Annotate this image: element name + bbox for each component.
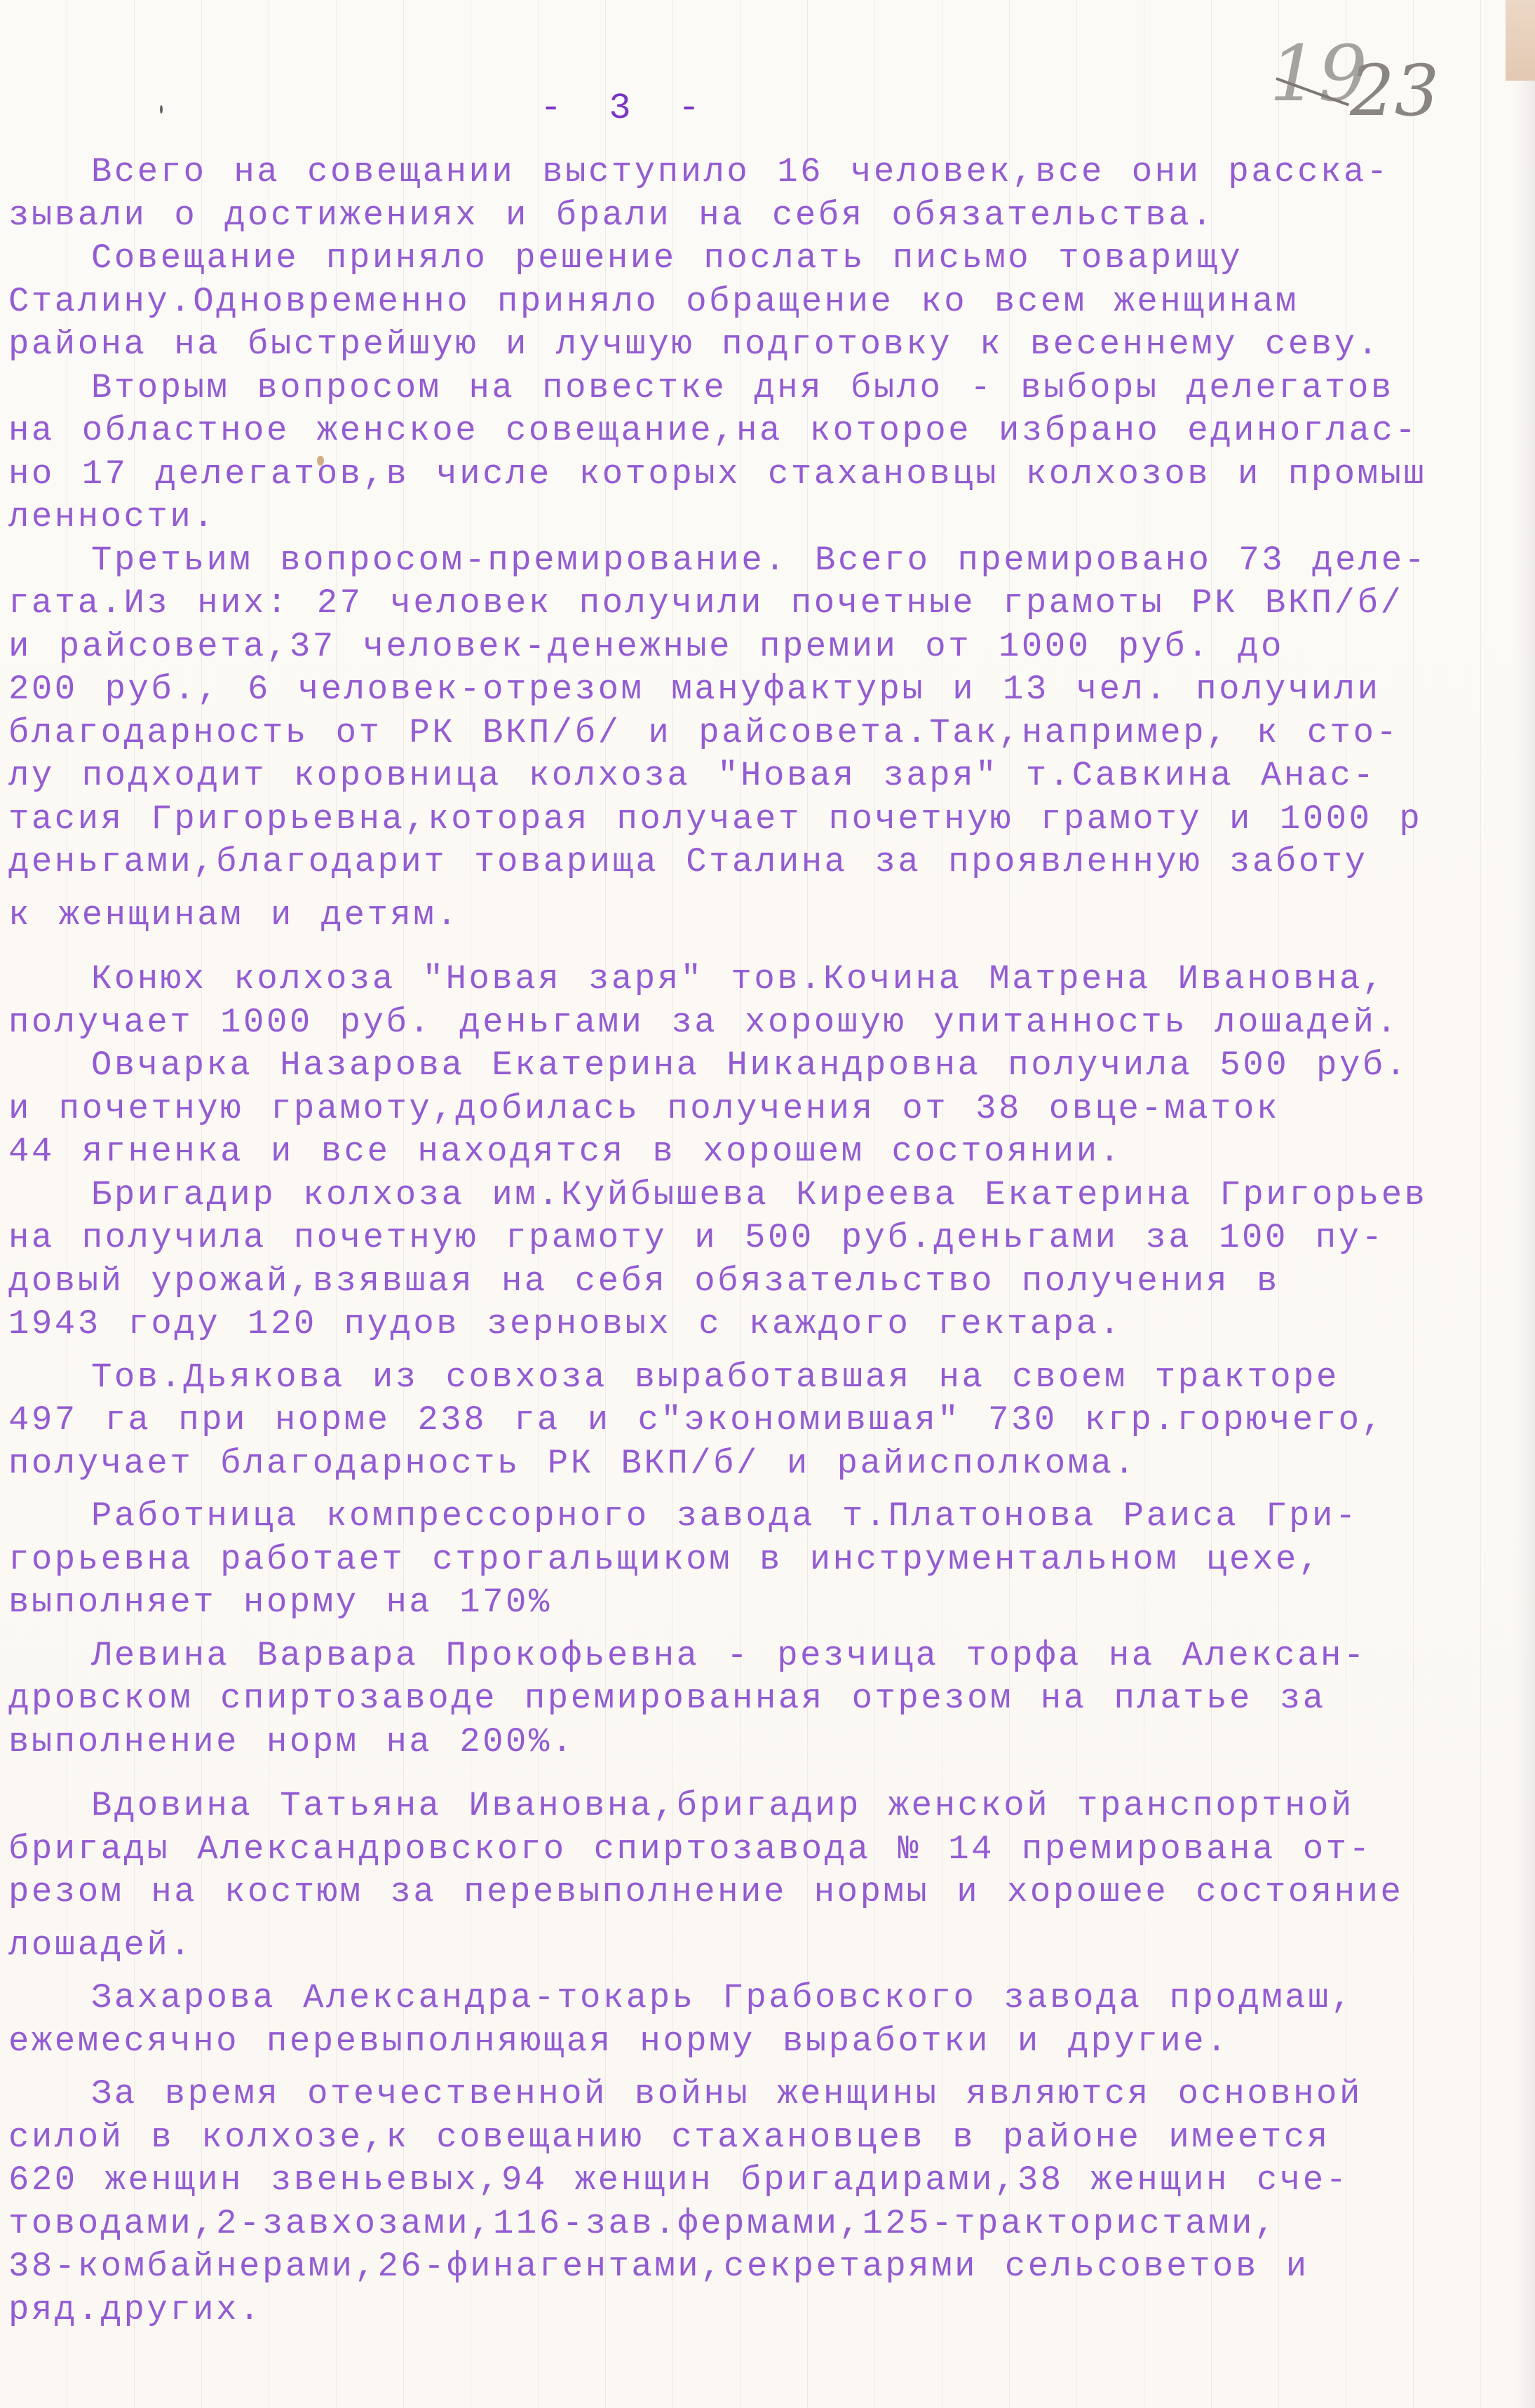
text-line: Сталину.Одновременно приняло обращение к… bbox=[8, 280, 1474, 324]
text-line: Всего на совещании выступило 16 человек,… bbox=[8, 151, 1474, 194]
page-number: - 3 - bbox=[540, 88, 712, 129]
text-line: и райсовета,37 человек-денежные премии о… bbox=[8, 625, 1474, 669]
text-line: благодарность от РК ВКП/б/ и райсовета.Т… bbox=[8, 712, 1474, 755]
current-folio-number: 23 bbox=[1350, 56, 1439, 126]
text-line: дровском спиртозаводе премированная отре… bbox=[8, 1677, 1474, 1721]
text-line: бригады Александровского спиртозавода № … bbox=[8, 1828, 1474, 1872]
text-line: Совещание приняло решение послать письмо… bbox=[8, 237, 1474, 280]
text-line: ленности. bbox=[8, 496, 1474, 539]
text-line: лу подходит коровница колхоза "Новая зар… bbox=[8, 755, 1474, 798]
text-line: Вторым вопросом на повестке дня было - в… bbox=[8, 367, 1474, 410]
text-line: выполняет норму на 170% bbox=[8, 1581, 1474, 1625]
text-line: силой в колхозе,к совещанию стахановцев … bbox=[8, 2116, 1474, 2160]
text-line: 620 женщин звеньевых,94 женщин бригадира… bbox=[8, 2159, 1474, 2203]
text-line: 38-комбайнерами,26-финагентами,секретаря… bbox=[8, 2245, 1474, 2289]
text-line: лошадей. bbox=[8, 1924, 1474, 1968]
text-line: Конюх колхоза "Новая заря" тов.Кочина Ма… bbox=[8, 958, 1474, 1001]
text-line: района на быстрейшую и лучшую подготовку… bbox=[8, 323, 1474, 367]
text-line: Левина Варвара Прокофьевна - резчица тор… bbox=[8, 1635, 1474, 1678]
underlying-page-edge bbox=[1506, 0, 1535, 81]
text-line: товодами,2-завхозами,116-зав.фермами,125… bbox=[8, 2203, 1474, 2246]
text-line: 44 ягненка и все находятся в хорошем сос… bbox=[8, 1130, 1474, 1174]
text-line: на получила почетную грамоту и 500 руб.д… bbox=[8, 1217, 1474, 1260]
text-line: резом на костюм за перевыполнение нормы … bbox=[8, 1871, 1474, 1914]
text-line: получает 1000 руб. деньгами за хорошую у… bbox=[8, 1001, 1474, 1045]
document-page: 19 23 - 3 - Всего на совещании выступило… bbox=[0, 0, 1535, 2408]
text-line: Работница компрессорного завода т.Платон… bbox=[8, 1495, 1474, 1538]
text-line: тасия Григорьевна,которая получает почет… bbox=[8, 798, 1474, 841]
text-line: Тов.Дьякова из совхоза выработавшая на с… bbox=[8, 1356, 1474, 1400]
text-line: Захарова Александра-токарь Грабовского з… bbox=[8, 1977, 1474, 2020]
page-shadow bbox=[1514, 81, 1535, 2408]
text-line: зывали о достижениях и брали на себя обя… bbox=[8, 194, 1474, 238]
text-line: на областное женское совещание,на которо… bbox=[8, 410, 1474, 453]
text-line: Третьим вопросом-премирование. Всего пре… bbox=[8, 539, 1474, 583]
text-line: но 17 делегатов,в числе которых стаханов… bbox=[8, 453, 1474, 496]
text-line: гата.Из них: 27 человек получили почетны… bbox=[8, 582, 1474, 625]
text-line: ежемесячно перевыполняющая норму выработ… bbox=[8, 2020, 1474, 2064]
ink-stain bbox=[160, 105, 163, 114]
text-line: деньгами,благодарит товарища Сталина за … bbox=[8, 841, 1474, 884]
text-line: 1943 году 120 пудов зерновых с каждого г… bbox=[8, 1303, 1474, 1346]
text-line: горьевна работает строгальщиком в инстру… bbox=[8, 1538, 1474, 1582]
text-line: довый урожай,взявшая на себя обязательст… bbox=[8, 1260, 1474, 1304]
text-line: выполнение норм на 200%. bbox=[8, 1721, 1474, 1764]
text-line: Бригадир колхоза им.Куйбышева Киреева Ек… bbox=[8, 1174, 1474, 1217]
text-line: За время отечественной войны женщины явл… bbox=[8, 2073, 1474, 2116]
typewritten-body: Всего на совещании выступило 16 человек,… bbox=[8, 151, 1474, 2332]
text-line: 497 га при норме 238 га и с"экономившая"… bbox=[8, 1399, 1474, 1442]
text-line: 200 руб., 6 человек-отрезом мануфактуры … bbox=[8, 668, 1474, 712]
text-line: к женщинам и детям. bbox=[8, 894, 1474, 938]
text-line: и почетную грамоту,добилась получения от… bbox=[8, 1088, 1474, 1131]
text-line: Вдовина Татьяна Ивановна,бригадир женско… bbox=[8, 1785, 1474, 1828]
text-line: получает благодарность РК ВКП/б/ и райис… bbox=[8, 1442, 1474, 1486]
text-line: ряд.других. bbox=[8, 2289, 1474, 2332]
handwritten-folio-number: 19 23 bbox=[1269, 28, 1424, 147]
ink-stain bbox=[317, 456, 324, 466]
text-line: Овчарка Назарова Екатерина Никандровна п… bbox=[8, 1044, 1474, 1088]
